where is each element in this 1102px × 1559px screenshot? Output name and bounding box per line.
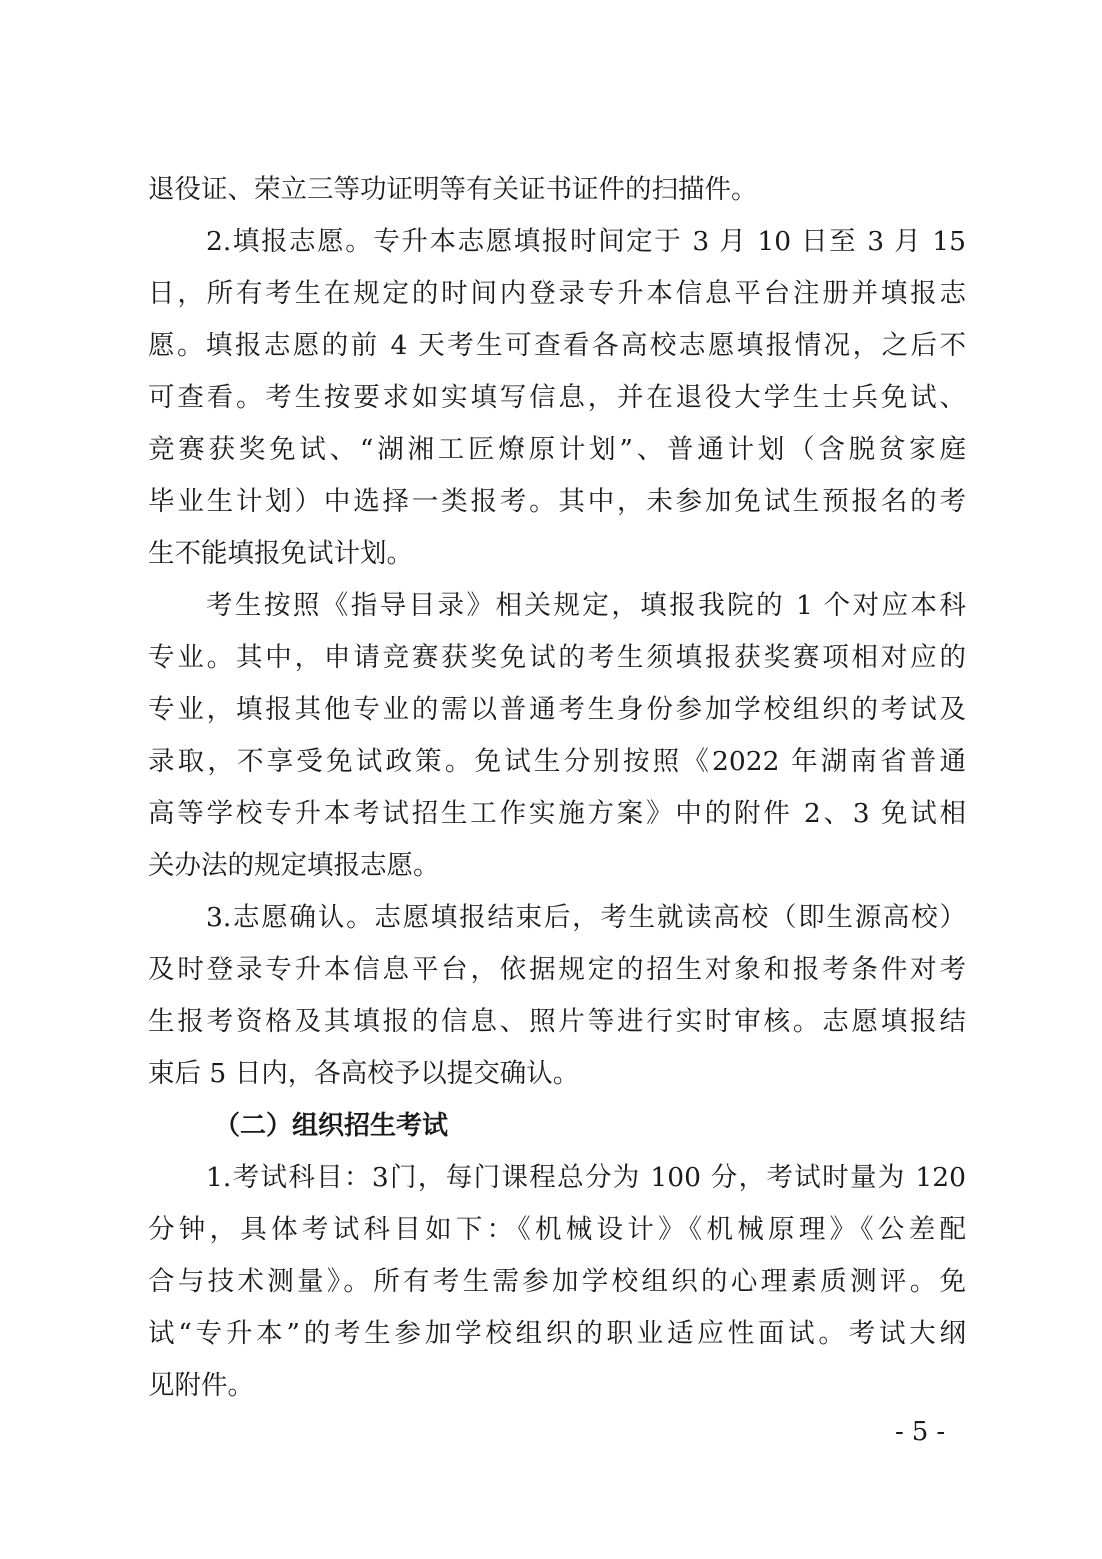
paragraph-line: 退役证、荣立三等功证明等有关证书证件的扫描件。 [148, 164, 966, 216]
paragraph-line: 生不能填报免试计划。 [148, 528, 966, 580]
paragraph-line: 日，所有考生在规定的时间内登录专升本信息平台注册并填报志 [148, 268, 966, 320]
paragraph-line: 可查看。考生按要求如实填写信息，并在退役大学生士兵免试、 [148, 372, 966, 424]
section-heading: （二）组织招生考试 [148, 1100, 966, 1152]
paragraph-line: 束后 5 日内，各高校予以提交确认。 [148, 1048, 966, 1100]
paragraph-line: 生报考资格及其填报的信息、照片等进行实时审核。志愿填报结 [148, 996, 966, 1048]
paragraph-line: 专业，填报其他专业的需以普通考生身份参加学校组织的考试及 [148, 684, 966, 736]
paragraph-line: 竞赛获奖免试、“湖湘工匠燎原计划”、普通计划（含脱贫家庭 [148, 424, 966, 476]
paragraph-line: 考生按照《指导目录》相关规定，填报我院的 1 个对应本科 [148, 580, 966, 632]
paragraph-line: 专业。其中，申请竞赛获奖免试的考生须填报获奖赛项相对应的 [148, 632, 966, 684]
paragraph-line: 2.填报志愿。专升本志愿填报时间定于 3 月 10 日至 3 月 15 [148, 216, 966, 268]
paragraph-line: 愿。填报志愿的前 4 天考生可查看各高校志愿填报情况，之后不 [148, 320, 966, 372]
paragraph-line: 见附件。 [148, 1360, 966, 1412]
paragraph-line: 1.考试科目：3门，每门课程总分为 100 分，考试时量为 120 [148, 1152, 966, 1204]
paragraph-line: 关办法的规定填报志愿。 [148, 840, 966, 892]
paragraph-line: 毕业生计划）中选择一类报考。其中，未参加免试生预报名的考 [148, 476, 966, 528]
paragraph-line: 合与技术测量》。所有考生需参加学校组织的心理素质测评。免 [148, 1256, 966, 1308]
paragraph-line: 3.志愿确认。志愿填报结束后，考生就读高校（即生源高校） [148, 892, 966, 944]
paragraph-line: 试“专升本”的考生参加学校组织的职业适应性面试。考试大纲 [148, 1308, 966, 1360]
document-body: 退役证、荣立三等功证明等有关证书证件的扫描件。 2.填报志愿。专升本志愿填报时间… [148, 164, 966, 1412]
paragraph-line: 分钟，具体考试科目如下：《机械设计》《机械原理》《公差配 [148, 1204, 966, 1256]
page-number: -5- [895, 1412, 953, 1452]
paragraph-line: 录取，不享受免试政策。免试生分别按照《2022 年湖南省普通 [148, 736, 966, 788]
paragraph-line: 高等学校专升本考试招生工作实施方案》中的附件 2、3 免试相 [148, 788, 966, 840]
paragraph-line: 及时登录专升本信息平台，依据规定的招生对象和报考条件对考 [148, 944, 966, 996]
